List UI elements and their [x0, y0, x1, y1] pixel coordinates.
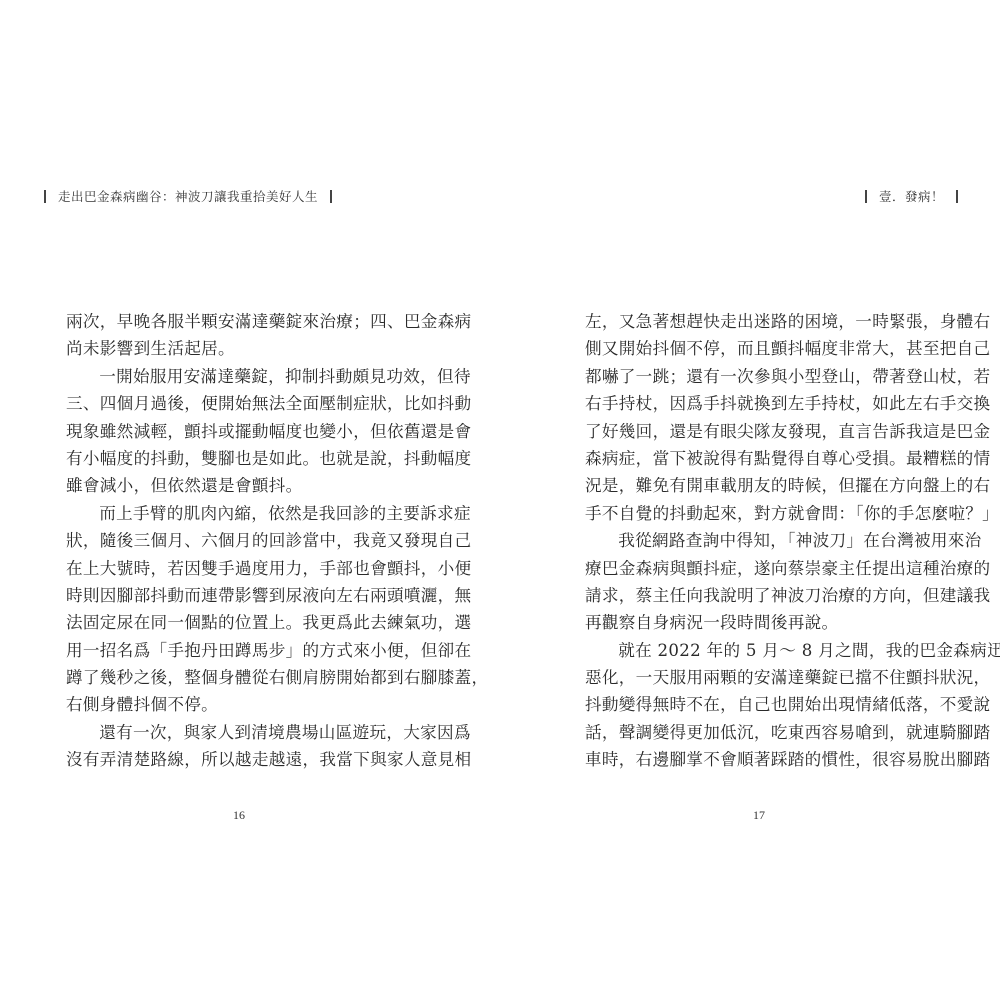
- text-line: 左，又急著想趕快走出迷路的困境，一時緊張，身體右: [585, 308, 935, 335]
- text-line: 話，聲調變得更加低沉，吃東西容易嗆到，就連騎腳踏: [585, 719, 935, 746]
- body-text: 左，又急著想趕快走出迷路的困境，一時緊張，身體右側又開始抖個不停，而且顫抖幅度非…: [585, 308, 935, 774]
- text-line: 抖動變得無時不在，自己也開始出現情緒低落，不愛說: [585, 691, 935, 718]
- text-line: 側又開始抖個不停，而且顫抖幅度非常大，甚至把自己: [585, 335, 935, 362]
- body-text: 兩次，早晚各服半顆安滿達藥錠來治療；四、巴金森病尚未影響到生活起居。一開始服用安…: [66, 308, 416, 774]
- text-line: 我從網路查詢中得知，「神波刀」在台灣被用來治: [585, 527, 935, 554]
- text-line: 兩次，早晚各服半顆安滿達藥錠來治療；四、巴金森病: [66, 308, 416, 335]
- running-head-chapter-title: 壹．發病！: [853, 187, 970, 205]
- page-number: 17: [753, 808, 765, 823]
- book-title: 走出巴金森病幽谷：神波刀讓我重拾美好人生: [58, 187, 318, 205]
- text-line: 一開始服用安滿達藥錠，抑制抖動頗見功效，但待: [66, 363, 416, 390]
- text-line: 右手持杖，因爲手抖就換到左手持杖，如此左右手交換: [585, 390, 935, 417]
- text-line: 而上手臂的肌肉內縮，依然是我回診的主要訴求症: [66, 500, 416, 527]
- text-line: 請求，蔡主任向我說明了神波刀治療的方向，但建議我: [585, 582, 935, 609]
- text-line: 再觀察自身病況一段時間後再說。: [585, 609, 935, 636]
- text-line: 都嚇了一跳；還有一次參與小型登山，帶著登山杖，若: [585, 363, 935, 390]
- text-line: 森病症，當下被說得有點覺得自尊心受損。最糟糕的情: [585, 445, 935, 472]
- text-line: 沒有弄清楚路線，所以越走越遠，我當下與家人意見相: [66, 746, 416, 773]
- text-line: 蹲了幾秒之後，整個身體從右側肩膀開始都到右腳膝蓋，: [66, 664, 416, 691]
- text-line: 有小幅度的抖動，雙腳也是如此。也就是說，抖動幅度: [66, 445, 416, 472]
- running-head-book-title: 走出巴金森病幽谷：神波刀讓我重拾美好人生: [32, 187, 344, 205]
- text-line: 時則因腳部抖動而連帶影響到尿液向左右兩頭噴灑，無: [66, 582, 416, 609]
- text-line: 療巴金森病與顫抖症，遂向蔡崇豪主任提出這種治療的: [585, 555, 935, 582]
- left-page: 走出巴金森病幽谷：神波刀讓我重拾美好人生 兩次，早晚各服半顆安滿達藥錠來治療；四…: [0, 0, 500, 1000]
- chapter-title: 壹．發病！: [879, 187, 944, 205]
- divider-bar: [44, 190, 46, 203]
- text-line: 就在 2022 年的 5 月～ 8 月之間，我的巴金森病迅速: [585, 637, 935, 664]
- text-line: 現象雖然減輕，顫抖或擺動幅度也變小，但依舊還是會: [66, 418, 416, 445]
- text-line: 三、四個月過後，便開始無法全面壓制症狀，比如抖動: [66, 390, 416, 417]
- text-line: 雖會減小，但依然還是會顫抖。: [66, 472, 416, 499]
- page-number: 16: [233, 808, 245, 823]
- text-line: 尚未影響到生活起居。: [66, 335, 416, 362]
- text-line: 了好幾回，還是有眼尖隊友發現，直言告訴我這是巴金: [585, 418, 935, 445]
- divider-bar: [865, 190, 867, 203]
- divider-bar: [956, 190, 958, 203]
- text-line: 用一招名爲「手抱丹田蹲馬步」的方式來小便，但卻在: [66, 637, 416, 664]
- text-line: 狀，隨後三個月、六個月的回診當中，我竟又發現自己: [66, 527, 416, 554]
- text-line: 法固定尿在同一個點的位置上。我更爲此去練氣功，選: [66, 609, 416, 636]
- text-line: 車時，右邊腳掌不會順著踩踏的慣性，很容易脫出腳踏: [585, 746, 935, 773]
- text-line: 右側身體抖個不停。: [66, 691, 416, 718]
- text-line: 手不自覺的抖動起來，對方就會問：「你的手怎麼啦？」: [585, 500, 935, 527]
- text-line: 還有一次，與家人到清境農場山區遊玩，大家因爲: [66, 719, 416, 746]
- divider-bar: [330, 190, 332, 203]
- text-line: 況是，難免有開車載朋友的時候，但擺在方向盤上的右: [585, 472, 935, 499]
- text-line: 惡化，一天服用兩顆的安滿達藥錠已擋不住顫抖狀況，: [585, 664, 935, 691]
- text-line: 在上大號時，若因雙手過度用力，手部也會顫抖，小便: [66, 555, 416, 582]
- right-page: 壹．發病！ 左，又急著想趕快走出迷路的困境，一時緊張，身體右側又開始抖個不停，而…: [500, 0, 1000, 1000]
